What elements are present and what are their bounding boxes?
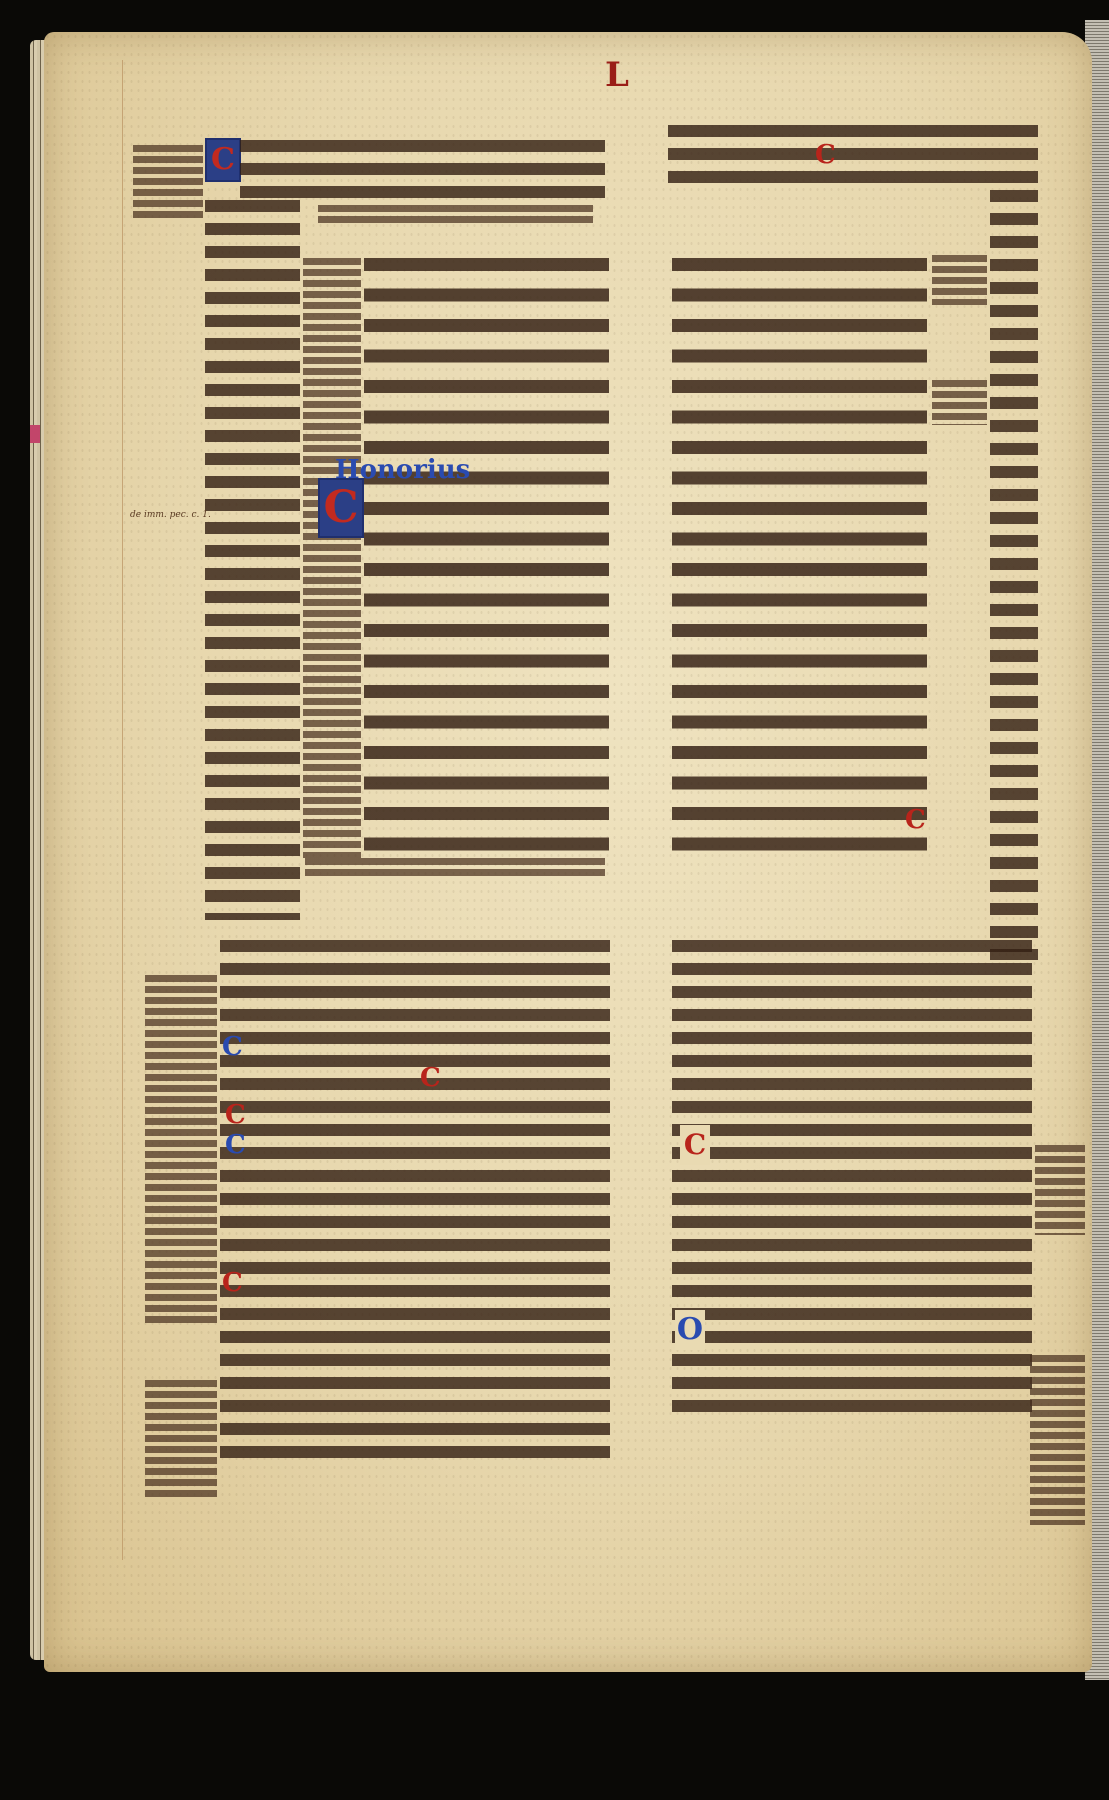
paraph-initial: C	[420, 1063, 441, 1093]
gloss-under-central	[305, 858, 605, 878]
gloss-top-left: Commentary gloss (top-left margin)	[133, 145, 203, 220]
gloss-right-inner-2	[932, 380, 987, 425]
decorated-initial-constitutionem: C	[318, 478, 364, 538]
inline-gloss-note	[318, 205, 593, 223]
gloss-right-inner	[932, 255, 987, 305]
paraph-initial: C	[222, 1032, 243, 1062]
paraph-initial: C	[222, 1268, 243, 1298]
main-text-top-right: Main text column (right, top)	[668, 125, 1038, 185]
paraph-initial: C	[225, 1100, 246, 1130]
decorated-initial-c: C	[205, 138, 241, 182]
decorated-initial-red: C	[680, 1125, 710, 1165]
gloss-inner-column	[303, 258, 361, 858]
main-text-top-left: Main text, opening with decorated initia…	[240, 140, 605, 200]
paraph-initial: C	[225, 1130, 246, 1160]
central-text-left: Central main text block (upper left colu…	[364, 258, 609, 858]
gloss-bottom-left-2	[145, 1380, 217, 1500]
decorated-initial-o: O	[675, 1310, 705, 1350]
gloss-right-bottom: Gloss (right margin)	[1035, 1145, 1085, 1235]
gloss-bottom-left: Gloss (bottom-left)	[145, 975, 217, 1325]
red-paraph-mark: C	[905, 805, 926, 835]
main-text-narrow-column	[205, 200, 300, 920]
margin-ruling-line	[122, 60, 123, 1560]
marginal-reference-note: de imm. pec. c. 1.	[130, 510, 211, 520]
central-text-right: Central main text block (upper right col…	[672, 258, 927, 858]
running-head-letter: L	[605, 55, 629, 95]
main-text-right-narrow	[990, 190, 1038, 960]
gloss-right-bottom-2	[1030, 1355, 1085, 1525]
main-text-bottom-right: Main text (lower right column)	[672, 940, 1032, 1420]
paraph-initial: C	[815, 140, 836, 170]
page-tab-marker	[30, 425, 40, 443]
main-text-bottom-left: Main text (lower left column)	[220, 940, 610, 1460]
